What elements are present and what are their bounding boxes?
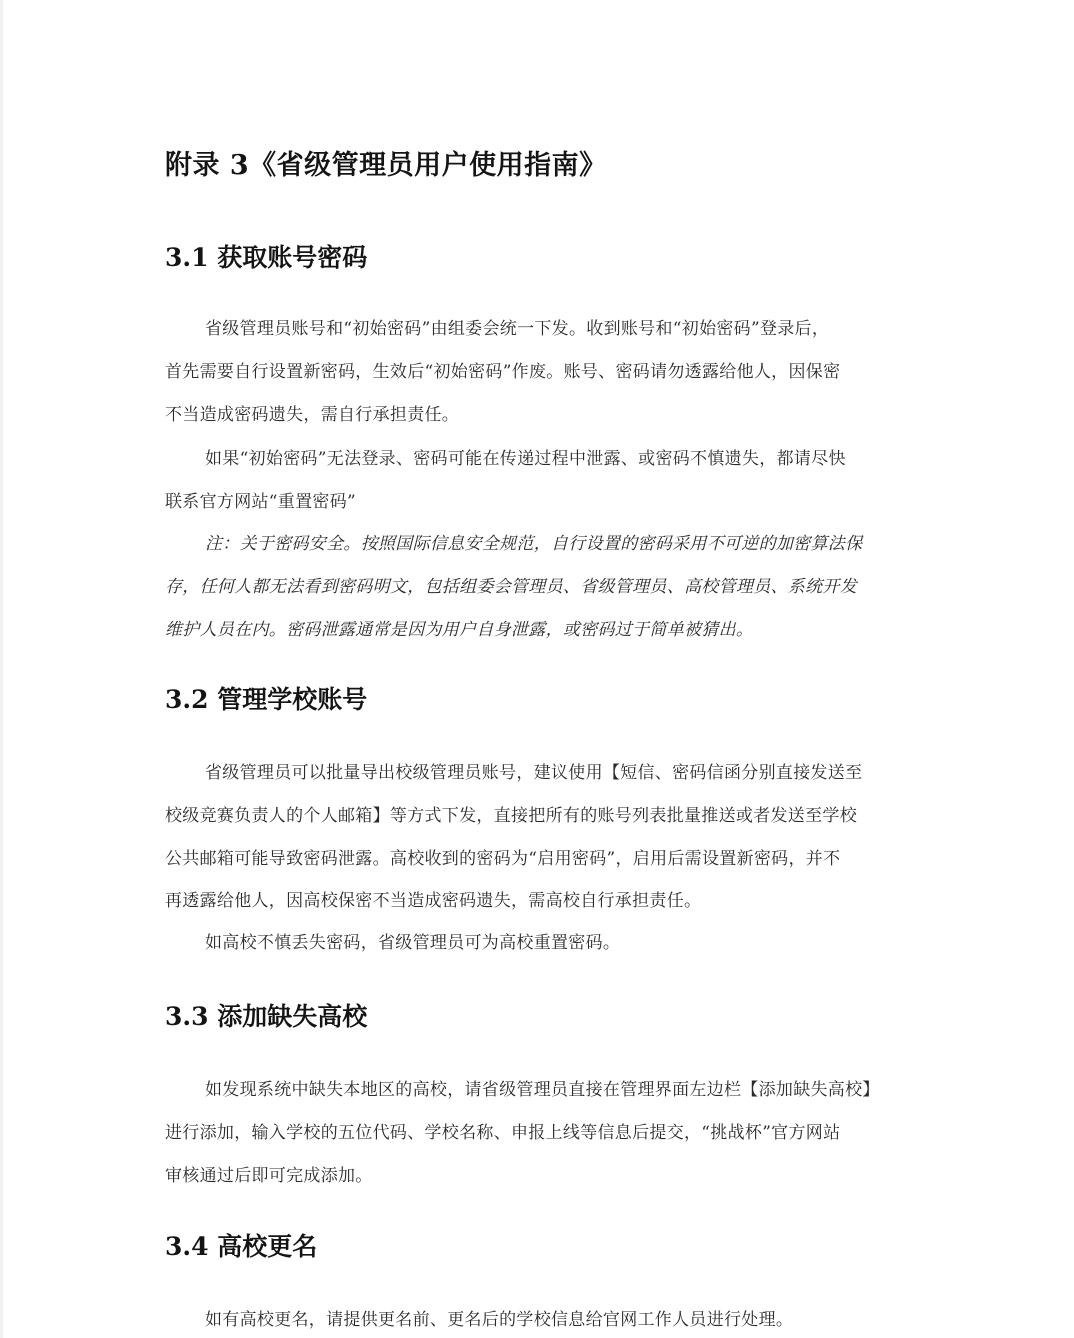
text-line: 公共邮箱可能导致密码泄露。高校收到的密码为“启用密码”，启用后需设置新密码，并不 <box>165 838 918 881</box>
text-line: 如果“初始密码”无法登录、密码可能在传递过程中泄露、或密码不慎遗失，都请尽快 <box>165 438 918 481</box>
text-line: 如高校不慎丢失密码，省级管理员可为高校重置密码。 <box>165 922 918 965</box>
text-line: 再透露给他人，因高校保密不当造成密码遗失，需高校自行承担责任。 <box>165 880 918 923</box>
text-line: 首先需要自行设置新密码，生效后“初始密码”作废。账号、密码请勿透露给他人，因保密 <box>165 351 918 394</box>
text-line: 如有高校更名，请提供更名前、更名后的学校信息给官网工作人员进行处理。 <box>165 1299 918 1338</box>
paragraph-school-reset: 如高校不慎丢失密码，省级管理员可为高校重置密码。 <box>165 922 918 965</box>
section-heading-3-4: 3.4 高校更名 <box>165 1228 317 1266</box>
text-line: 校级竞赛负责人的个人邮箱】等方式下发，直接把所有的账号列表批量推送或者发送至学校 <box>165 795 918 838</box>
paragraph-account-issuance: 省级管理员账号和“初始密码”由组委会统一下发。收到账号和“初始密码”登录后， 首… <box>165 308 918 436</box>
text-line: 注：关于密码安全。按照国际信息安全规范，自行设置的密码采用不可逆的加密算法保 <box>165 523 918 566</box>
text-line: 维护人员在内。密码泄露通常是因为用户自身泄露，或密码过于简单被猜出。 <box>165 609 918 652</box>
text-line: 如发现系统中缺失本地区的高校，请省级管理员直接在管理界面左边栏【添加缺失高校】 <box>165 1069 918 1112</box>
document-title: 附录 3《省级管理员用户使用指南》 <box>165 146 607 186</box>
text-line: 审核通过后即可完成添加。 <box>165 1155 918 1198</box>
text-line: 省级管理员账号和“初始密码”由组委会统一下发。收到账号和“初始密码”登录后， <box>165 308 918 351</box>
text-line: 存，任何人都无法看到密码明文，包括组委会管理员、省级管理员、高校管理员、系统开发 <box>165 566 918 609</box>
section-heading-3-3: 3.3 添加缺失高校 <box>165 998 367 1036</box>
text-line: 进行添加，输入学校的五位代码、学校名称、申报上线等信息后提交，“挑战杯”官方网站 <box>165 1112 918 1155</box>
text-line: 省级管理员可以批量导出校级管理员账号，建议使用【短信、密码信函分别直接发送至 <box>165 752 918 795</box>
paragraph-add-missing-school: 如发现系统中缺失本地区的高校，请省级管理员直接在管理界面左边栏【添加缺失高校】 … <box>165 1069 918 1197</box>
paragraph-school-accounts: 省级管理员可以批量导出校级管理员账号，建议使用【短信、密码信函分别直接发送至 校… <box>165 752 918 923</box>
paragraph-security-note: 注：关于密码安全。按照国际信息安全规范，自行设置的密码采用不可逆的加密算法保 存… <box>165 523 918 651</box>
paragraph-reset-password: 如果“初始密码”无法登录、密码可能在传递过程中泄露、或密码不慎遗失，都请尽快 联… <box>165 438 918 524</box>
section-heading-3-1: 3.1 获取账号密码 <box>165 239 367 277</box>
section-heading-3-2: 3.2 管理学校账号 <box>165 681 367 719</box>
page-edge <box>0 0 3 1338</box>
text-line: 联系官方网站“重置密码” <box>165 481 918 524</box>
text-line: 不当造成密码遗失，需自行承担责任。 <box>165 394 918 437</box>
paragraph-school-rename: 如有高校更名，请提供更名前、更名后的学校信息给官网工作人员进行处理。 <box>165 1299 918 1338</box>
